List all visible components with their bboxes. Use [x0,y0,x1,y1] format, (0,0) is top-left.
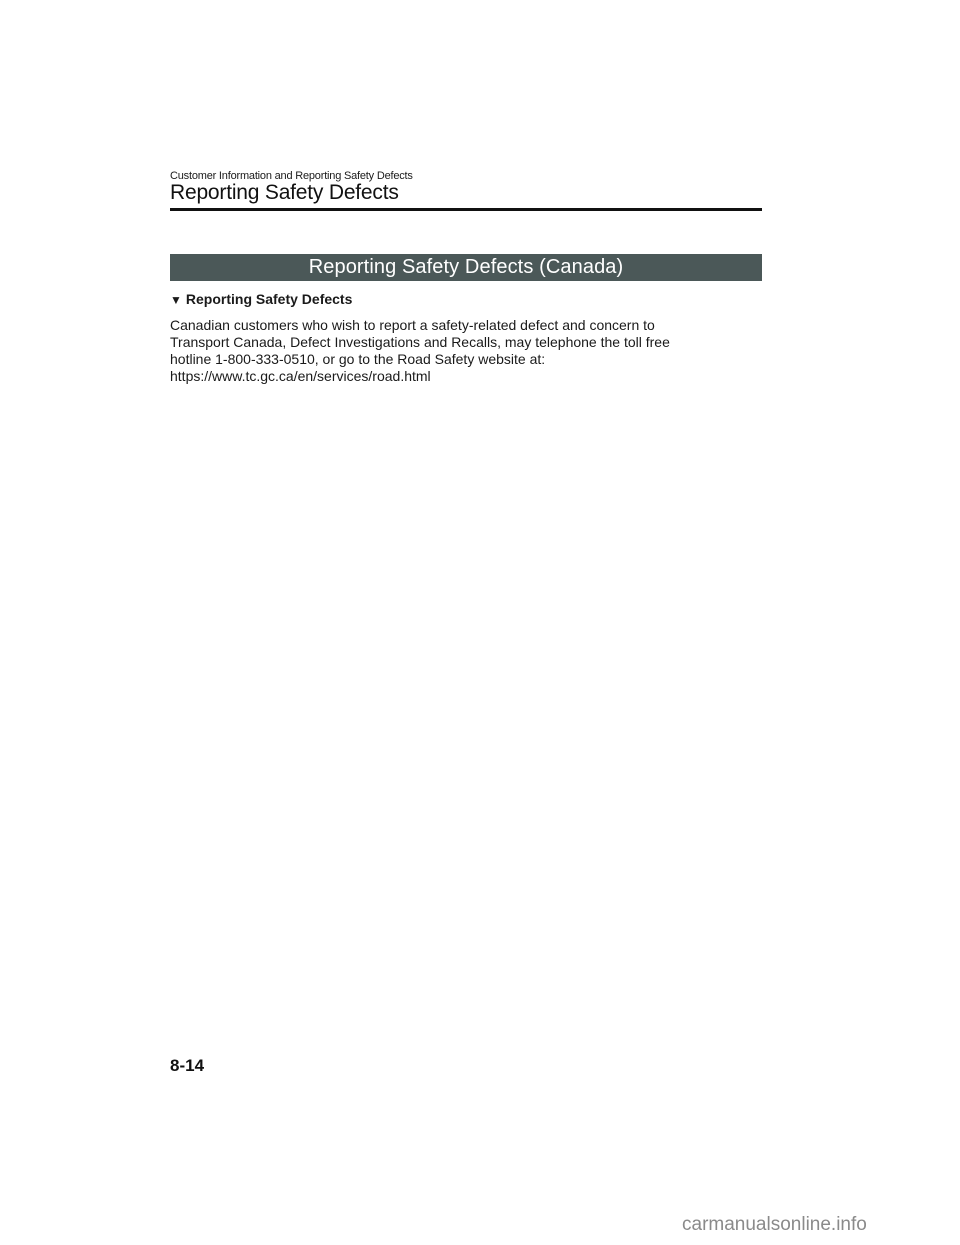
body-line: hotline 1-800-333-0510, or go to the Roa… [170,351,770,368]
url-text: https://www.tc.gc.ca/en/services/road.ht… [170,368,770,385]
section-title: Reporting Safety Defects [170,180,399,206]
body-line: Transport Canada, Defect Investigations … [170,334,770,351]
subsection-title: Reporting Safety Defects [186,291,352,307]
body-line: Canadian customers who wish to report a … [170,317,770,334]
subsection-heading: ▼Reporting Safety Defects [170,290,352,309]
manual-page: Customer Information and Reporting Safet… [170,0,762,1245]
topic-banner: Reporting Safety Defects (Canada) [170,254,762,281]
down-triangle-icon: ▼ [170,291,182,309]
header-divider [170,208,762,211]
body-paragraph: Canadian customers who wish to report a … [170,317,770,385]
page-number: 8-14 [170,1056,204,1076]
watermark: carmanualsonline.info [682,1213,867,1237]
